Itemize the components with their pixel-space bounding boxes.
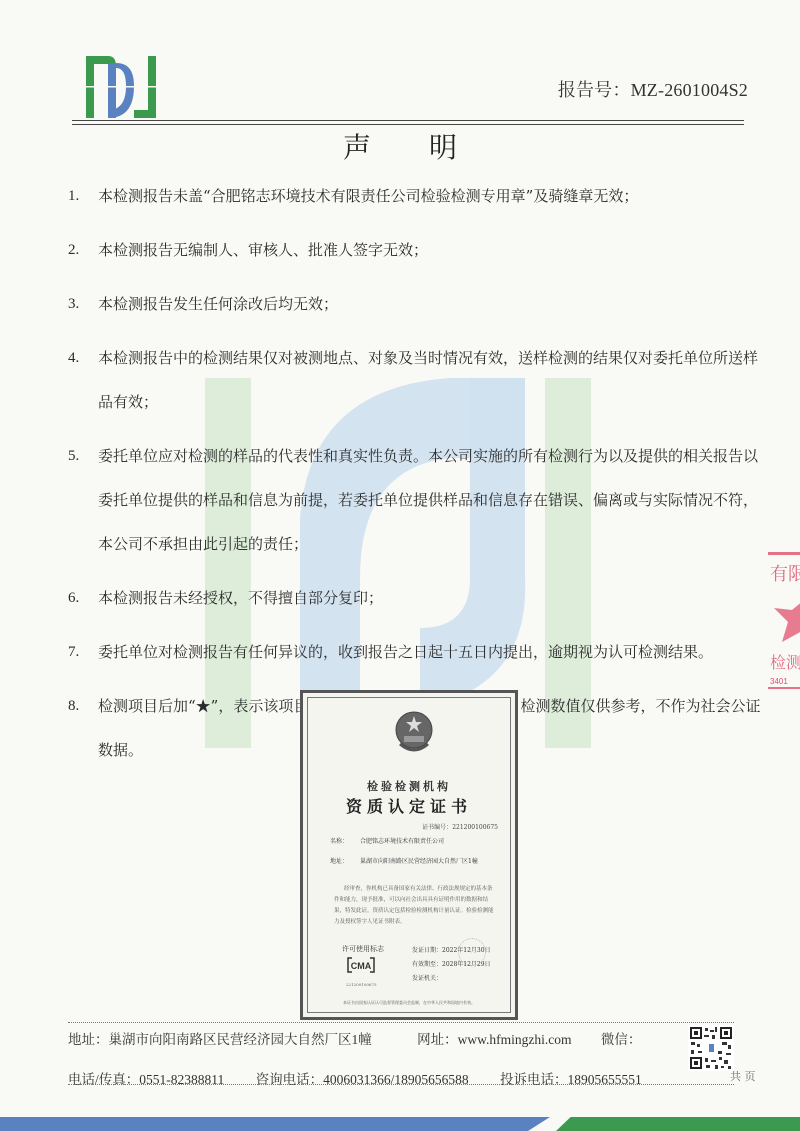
- certificate-inner-border: 检验检测机构 资质认定证书 证书编号：221200100675 名称： 合肥铭志…: [307, 697, 511, 1013]
- page-title: 声明: [0, 126, 800, 166]
- mark-label: 许可使用标志: [342, 944, 384, 954]
- issuer-label: 发证机关：: [412, 975, 442, 982]
- report-number-value: MZ-2601004S2: [631, 80, 748, 100]
- qualification-certificate: 检验检测机构 资质认定证书 证书编号：221200100675 名称： 合肥铭志…: [300, 690, 518, 1020]
- issuer-row: 发证机关：: [412, 972, 491, 986]
- certificate-name-value: 合肥铭志环境技术有限责任公司: [360, 836, 444, 845]
- svg-text:CMA: CMA: [351, 961, 372, 971]
- report-number: 报告号：MZ-2601004S2: [558, 76, 748, 102]
- certificate-address-row: 地址： 巢湖市向阳南路区民营经济园大自然厂区1幢: [330, 856, 478, 865]
- report-number-label: 报告号：: [558, 80, 631, 100]
- cma-mark-number: 221200100675: [346, 982, 377, 987]
- valid-until-label: 有效期至：: [412, 961, 442, 968]
- cma-mark-icon: CMA: [346, 956, 376, 974]
- footer-website-value[interactable]: www.hfmingzhi.com: [458, 1032, 572, 1048]
- statement-item: 7. 委托单位对检测报告有任何异议的，收到报告之日起十五日内提出，逾期视为认可检…: [68, 642, 768, 674]
- footer-phone-label: 电话/传真：: [68, 1068, 139, 1088]
- national-emblem-icon: [394, 710, 434, 756]
- footer-complaint-label: 投诉电话：: [500, 1068, 568, 1088]
- certificate-address-label: 地址：: [330, 856, 348, 865]
- statement-item: 6. 本检测报告未经授权，不得擅自部分复印；: [68, 588, 768, 620]
- certificate-name-row: 名称： 合肥铭志环境技术有限责任公司: [330, 836, 444, 845]
- wechat-qr-code-icon[interactable]: [688, 1025, 734, 1071]
- certificate-footer-note: 本证书由国家认证认可监督管理委员会监制，在中华人民共和国境内有效。: [308, 1000, 510, 1006]
- footer-wechat-label: 微信：: [601, 1028, 642, 1048]
- statement-number: 4.: [68, 348, 98, 424]
- footer-blue-band: [0, 1117, 550, 1131]
- footer-consult-label: 咨询电话：: [256, 1068, 324, 1088]
- footer-address-label: 地址：: [68, 1028, 109, 1048]
- footer-website: 网址：www.hfmingzhi.com: [417, 1028, 571, 1048]
- footer-complaint-value: 18905655551: [568, 1072, 642, 1088]
- certificate-number-label: 证书编号：: [422, 824, 452, 831]
- statement-number: 1.: [68, 186, 98, 218]
- footer-rule-bottom: [68, 1084, 734, 1085]
- certificate-name-label: 名称：: [330, 836, 348, 845]
- statement-text: 委托单位对检测报告有任何异议的，收到报告之日起十五日内提出，逾期视为认可检测结果…: [98, 630, 768, 674]
- statement-text: 本检测报告未盖“合肥铭志环境技术有限责任公司检验检测专用章”及骑缝章无效；: [98, 174, 768, 218]
- certificate-body-text: 经审查，你机构已具备国家有关法律、行政法规规定的基本条件和能力，现予批准，可以向…: [334, 884, 496, 928]
- certificate-title-line1: 检验检测机构: [308, 778, 510, 794]
- statement-number: 6.: [68, 588, 98, 620]
- statement-item: 2. 本检测报告无编制人、审核人、批准人签字无效；: [68, 240, 768, 272]
- issue-date-label: 发证日期：: [412, 947, 442, 954]
- statement-text: 本检测报告无编制人、审核人、批准人签字无效；: [98, 228, 768, 272]
- footer-consult: 咨询电话：4006031366/18905656588: [256, 1068, 469, 1088]
- statement-text: 本检测报告未经授权，不得擅自部分复印；: [98, 576, 768, 620]
- header-rule-top: [72, 120, 744, 121]
- footer-green-band: [556, 1117, 800, 1131]
- footer-rule-top: [68, 1022, 734, 1023]
- statement-item: 5. 委托单位应对检测的样品的代表性和真实性负责。本公司实施的所有检测行为以及提…: [68, 446, 768, 566]
- red-seal-stamp-icon: 有限 检测 3401: [764, 550, 800, 690]
- footer-complaint: 投诉电话：18905655551: [500, 1068, 642, 1088]
- statement-item: 4. 本检测报告中的检测结果仅对被测地点、对象及当时情况有效，送样检测的结果仅对…: [68, 348, 768, 424]
- footer-address-value: 巢湖市向阳南路区民营经济园大自然厂区1幢: [109, 1028, 372, 1048]
- header-rule-bottom: [72, 124, 744, 125]
- statement-text: 委托单位应对检测的样品的代表性和真实性负责。本公司实施的所有检测行为以及提供的相…: [98, 434, 768, 566]
- footer-phone-value: 0551-82388811: [139, 1072, 224, 1088]
- statement-number: 5.: [68, 446, 98, 566]
- company-logo: [86, 56, 160, 118]
- statement-number: 7.: [68, 642, 98, 674]
- svg-text:3401: 3401: [770, 677, 788, 686]
- faint-seal-icon: [458, 938, 486, 966]
- statement-number: 3.: [68, 294, 98, 326]
- statement-text: 本检测报告中的检测结果仅对被测地点、对象及当时情况有效，送样检测的结果仅对委托单…: [98, 336, 768, 424]
- svg-text:检测: 检测: [770, 653, 800, 672]
- certificate-number-value: 221200100675: [452, 824, 498, 831]
- statement-number: 8.: [68, 696, 98, 772]
- statement-item: 1. 本检测报告未盖“合肥铭志环境技术有限责任公司检验检测专用章”及骑缝章无效；: [68, 186, 768, 218]
- footer-address: 地址：巢湖市向阳南路区民营经济园大自然厂区1幢: [68, 1028, 372, 1048]
- footer-consult-value: 4006031366/18905656588: [323, 1072, 469, 1088]
- footer-phone: 电话/传真：0551-82388811: [68, 1068, 224, 1088]
- certificate-number: 证书编号：221200100675: [422, 822, 498, 831]
- certificate-title-line2: 资质认定证书: [308, 794, 510, 817]
- footer-line-2: 电话/传真：0551-82388811 咨询电话：4006031366/1890…: [68, 1068, 642, 1088]
- certificate-address-value: 巢湖市向阳南路区民营经济园大自然厂区1幢: [360, 856, 478, 865]
- statement-text: 本检测报告发生任何涂改后均无效；: [98, 282, 768, 326]
- svg-text:有限: 有限: [770, 564, 800, 585]
- page-counter: 共 页: [730, 1068, 756, 1084]
- footer-website-label: 网址：: [417, 1028, 458, 1048]
- footer-line-1: 地址：巢湖市向阳南路区民营经济园大自然厂区1幢 网址：www.hfmingzhi…: [68, 1028, 641, 1048]
- statement-item: 3. 本检测报告发生任何涂改后均无效；: [68, 294, 768, 326]
- statement-number: 2.: [68, 240, 98, 272]
